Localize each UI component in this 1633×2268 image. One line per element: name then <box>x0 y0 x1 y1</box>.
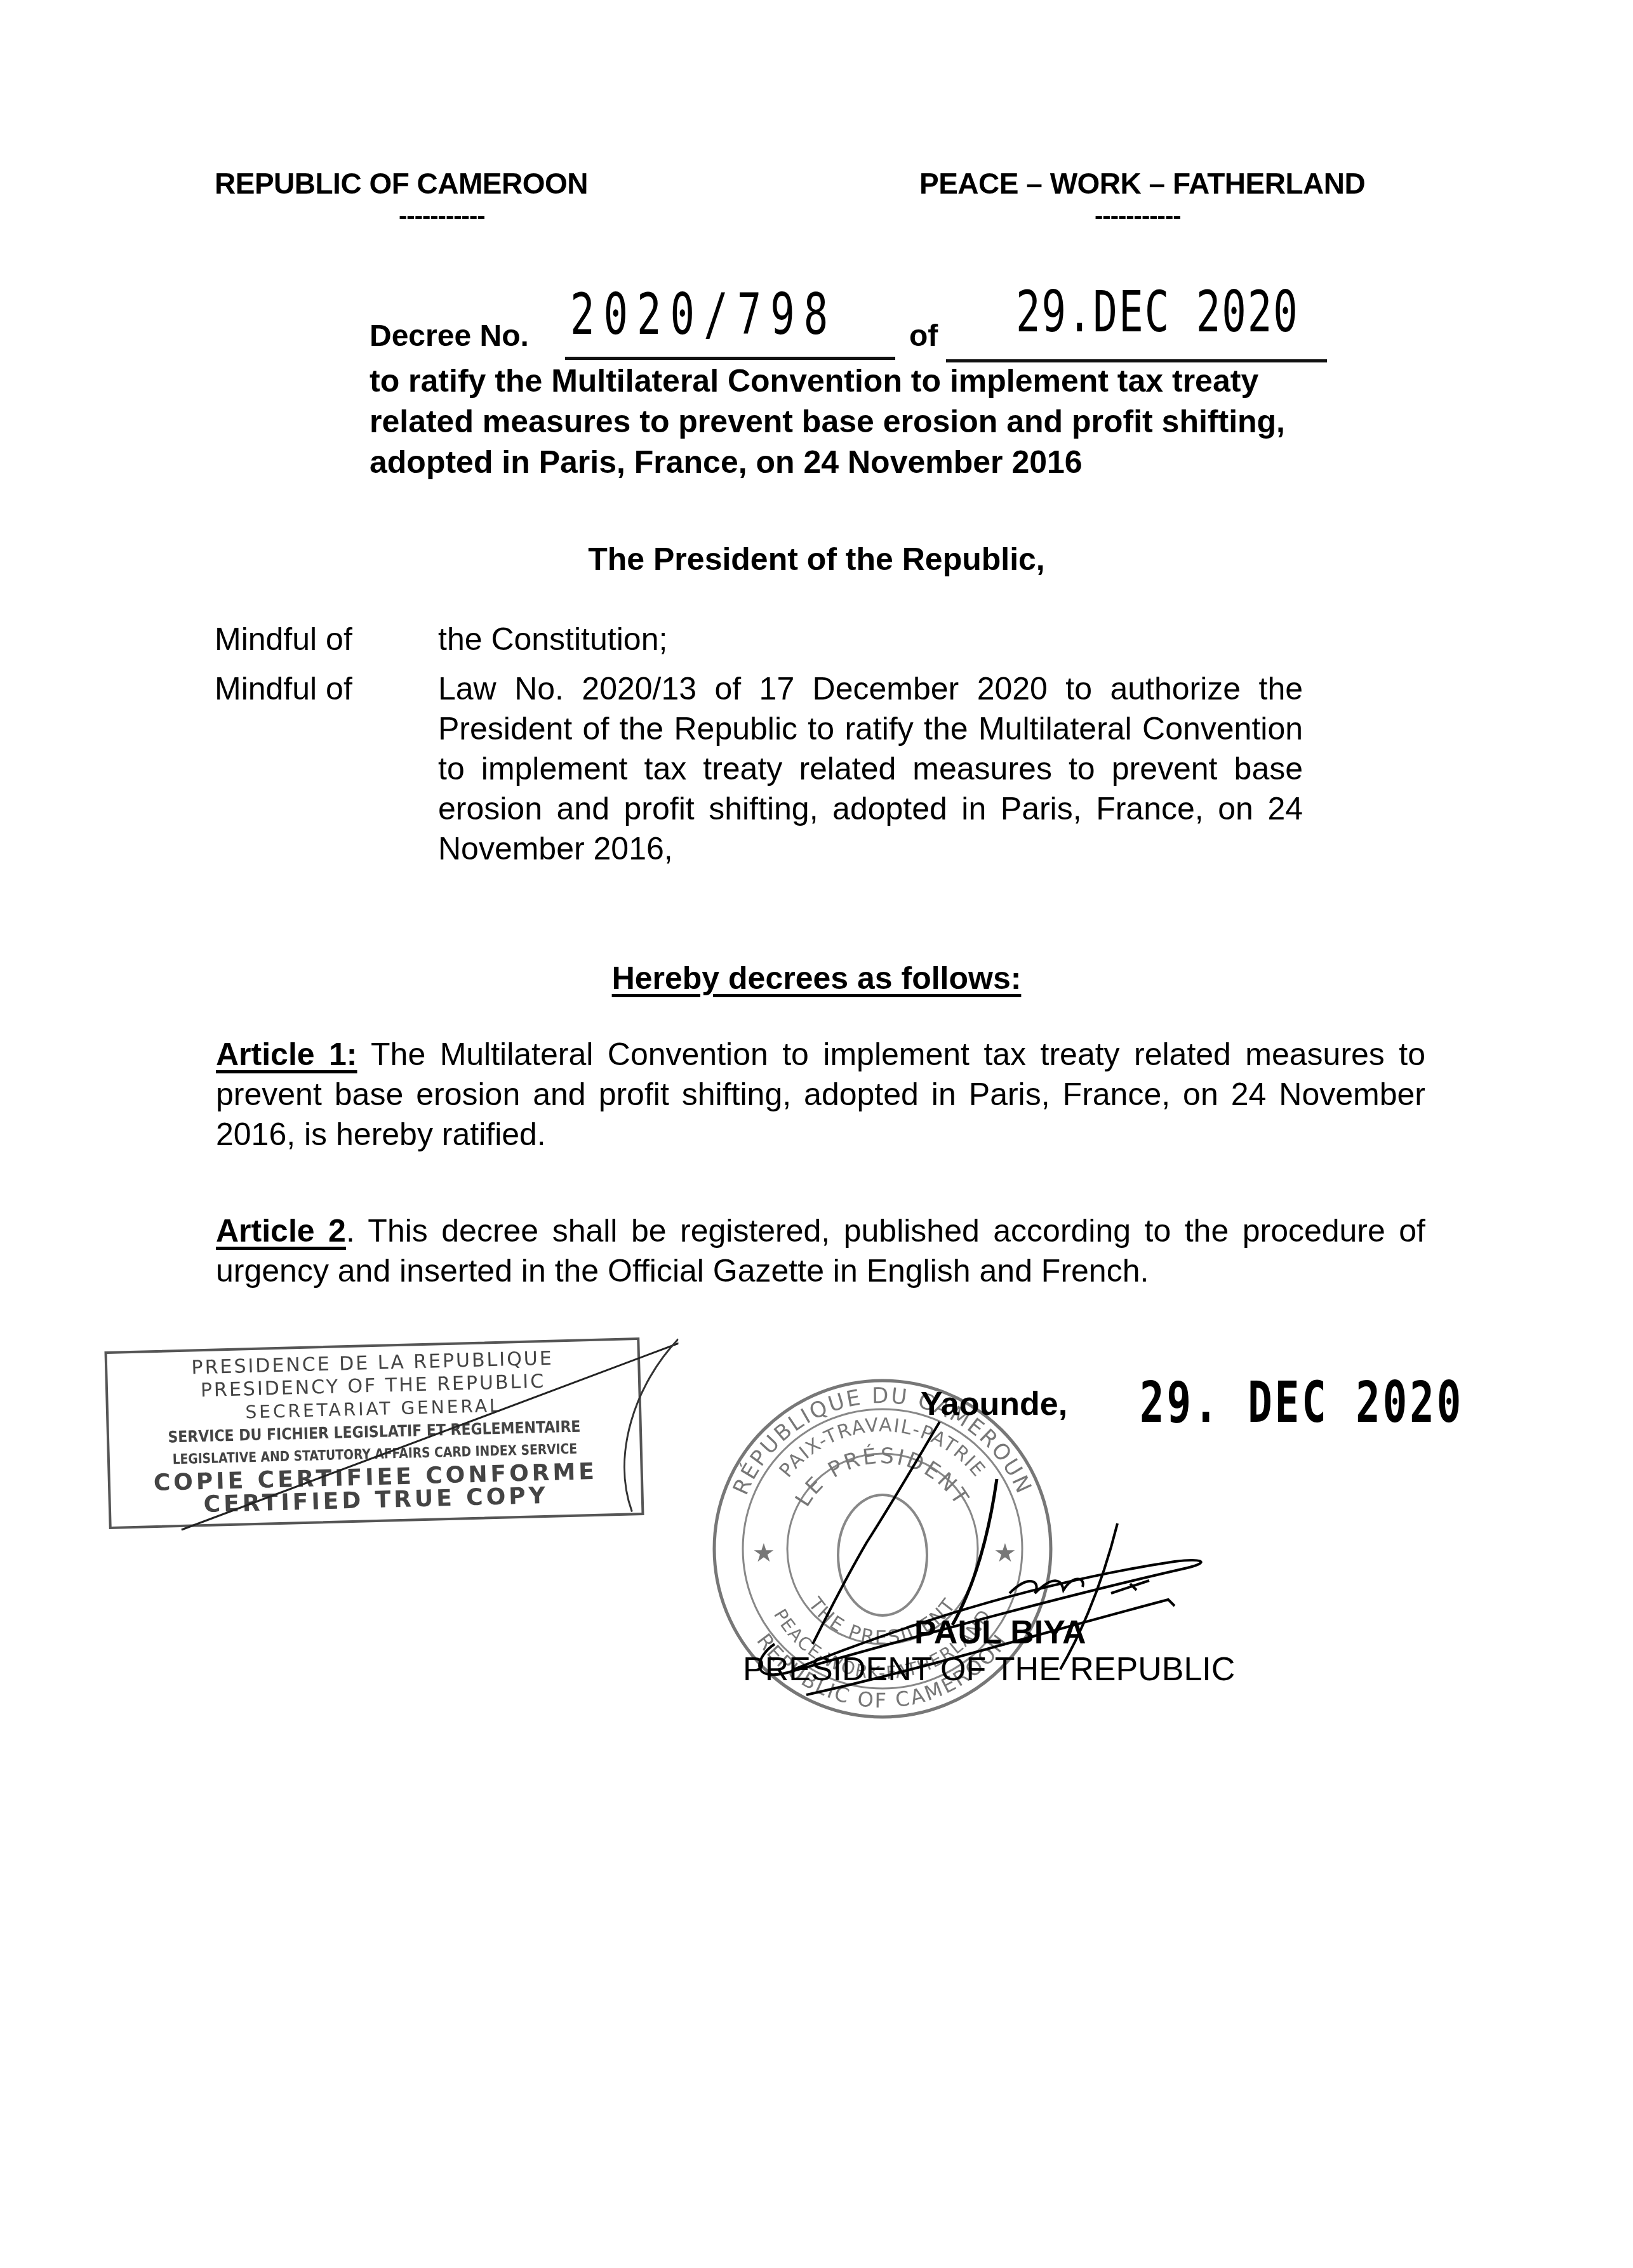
decree-title-line: adopted in Paris, France, on 24 November… <box>370 442 1360 482</box>
decree-title-line: to ratify the Multilateral Convention to… <box>370 361 1360 401</box>
mindful-of-text: Law No. 2020/13 of 17 December 2020 to a… <box>438 669 1303 869</box>
mindful-of-text: the Constitution; <box>438 620 667 660</box>
article-2-label: Article 2 <box>216 1213 346 1249</box>
decree-date-field: 29.DEC 2020 <box>946 300 1327 362</box>
decree-title-line: related measures to prevent base erosion… <box>370 401 1360 442</box>
decree-number: 2020/798 <box>570 282 837 348</box>
decree-of-label: of <box>909 319 938 354</box>
decrees-heading: Hereby decrees as follows: <box>0 960 1633 997</box>
stamp-scribble-icon <box>107 1313 683 1537</box>
signatory-title: PRESIDENT OF THE REPUBLIC <box>743 1650 1235 1688</box>
decree-title: to ratify the Multilateral Convention to… <box>370 361 1360 482</box>
article-2: Article 2. This decree shall be register… <box>216 1211 1425 1291</box>
preamble-heading: The President of the Republic, <box>0 541 1633 578</box>
decree-label: Decree No. <box>370 319 529 354</box>
article-1-text: The Multilateral Convention to implement… <box>216 1037 1425 1152</box>
article-1-label: Article 1: <box>216 1037 357 1072</box>
mindful-of-label: Mindful of <box>215 669 352 709</box>
header-right-separator: ----------- <box>1095 202 1181 230</box>
header-motto: PEACE – WORK – FATHERLAND <box>919 166 1365 201</box>
header-country: REPUBLIC OF CAMEROON <box>215 166 588 201</box>
decree-number-field: 2020/798 <box>565 306 895 360</box>
article-1: Article 1: The Multilateral Convention t… <box>216 1035 1425 1155</box>
article-2-text: . This decree shall be registered, publi… <box>216 1213 1425 1289</box>
mindful-of-label: Mindful of <box>215 620 352 660</box>
certified-copy-stamp: PRESIDENCE DE LA REPUBLIQUE PRESIDENCY O… <box>104 1337 644 1529</box>
header-left-separator: ----------- <box>399 202 485 230</box>
signatory-name: PAUL BIYA <box>914 1614 1086 1652</box>
decree-date: 29.DEC 2020 <box>1016 279 1299 345</box>
